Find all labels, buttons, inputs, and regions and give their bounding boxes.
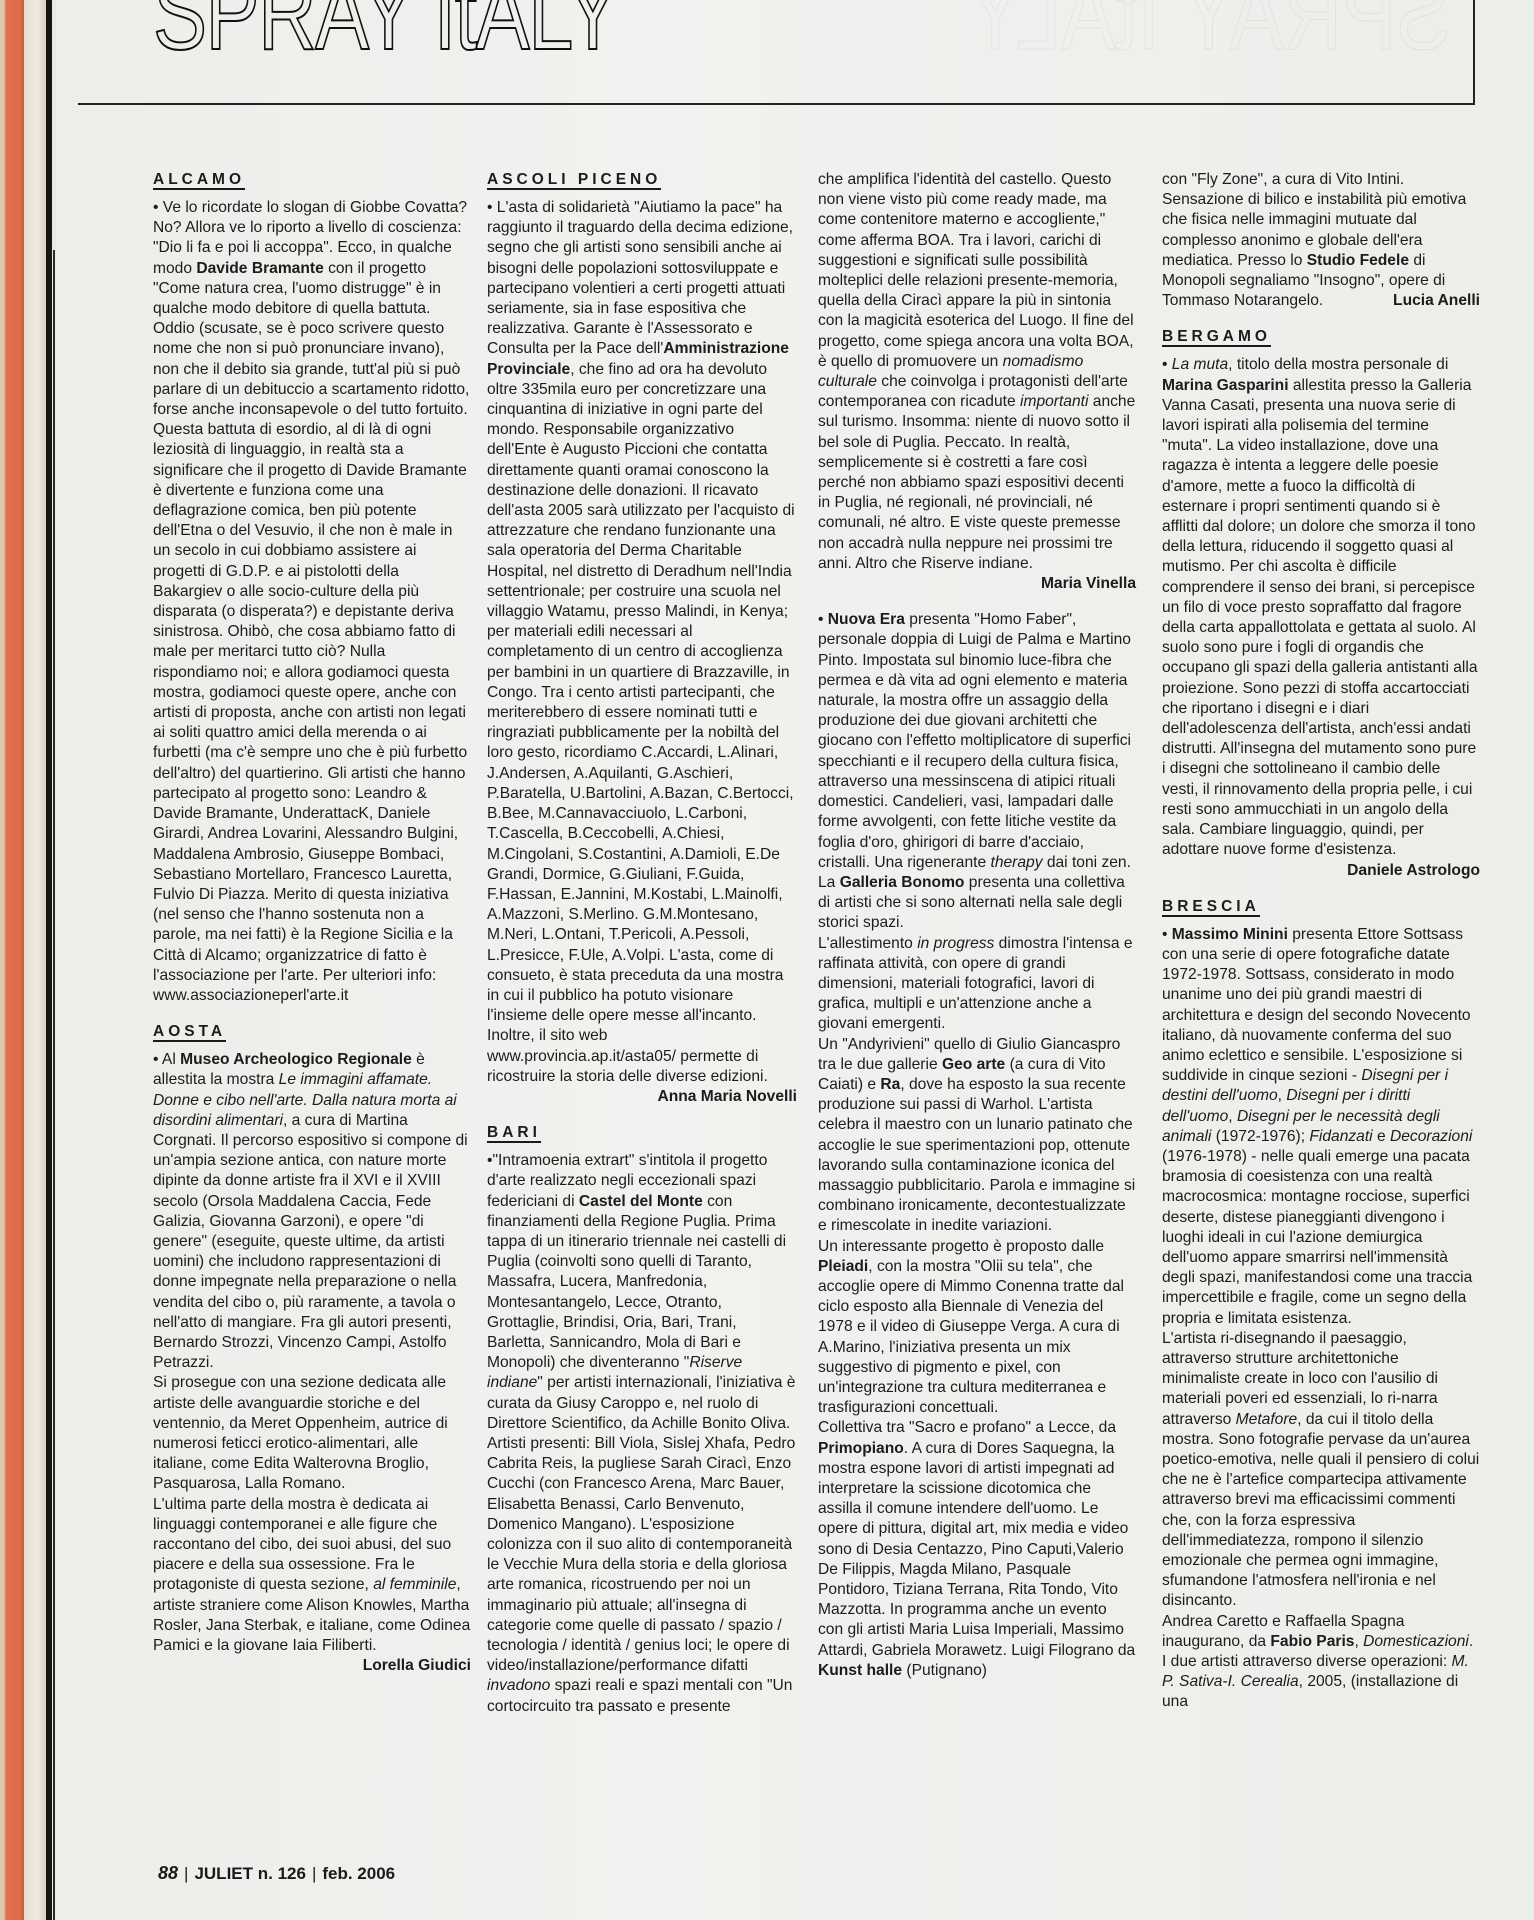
binding-edge <box>0 0 26 1920</box>
paragraph: • La muta, titolo della mostra personale… <box>1162 355 1480 880</box>
bold-text: Marina Gasparini <box>1162 377 1289 394</box>
author-signature: Maria Vinella <box>1041 574 1136 594</box>
text-run: . A cura di Dores Saquegna, la mostra es… <box>818 1440 1135 1659</box>
section-ascoli-piceno: ASCOLI PICENO• L'asta di solidarietà "Ai… <box>487 170 797 1107</box>
italic-text: importanti <box>1020 393 1088 410</box>
italic-text: in progress <box>917 935 994 952</box>
binding-paper-edge <box>24 0 46 1920</box>
text-run: , dove ha esposto la sua recente produzi… <box>818 1076 1135 1234</box>
paragraph: La Galleria Bonomo presenta una colletti… <box>818 873 1136 934</box>
magazine-issue: JULIET n. 126 <box>194 1864 305 1883</box>
city-heading: BARI <box>487 1124 541 1143</box>
bold-text: Massimo Minini <box>1172 926 1288 943</box>
paragraph: che amplifica l'identità del castello. Q… <box>818 170 1136 594</box>
bold-text: Ra <box>880 1076 900 1093</box>
author-signature: Anna Maria Novelli <box>657 1087 797 1107</box>
section-continued: • Nuova Era presenta "Homo Faber", perso… <box>818 610 1136 1681</box>
bold-text: Geo arte <box>942 1056 1005 1073</box>
author-signature: Daniele Astrologo <box>1347 861 1480 881</box>
author-signature: Lucia Anelli <box>1393 291 1480 311</box>
italic-text: Metafore <box>1236 1411 1298 1428</box>
paragraph: • Nuova Era presenta "Homo Faber", perso… <box>818 610 1136 873</box>
text-run: presenta "Homo Faber", personale doppia … <box>818 611 1131 870</box>
italic-text: invadono <box>487 1677 550 1694</box>
text-run: , da cui il titolo della mostra. Sono fo… <box>1162 1411 1479 1610</box>
bold-text: Galleria Bonomo <box>840 874 965 891</box>
italic-text: La muta <box>1172 356 1228 373</box>
city-heading: BERGAMO <box>1162 328 1271 347</box>
bold-text: Nuova Era <box>828 611 905 628</box>
text-run: Si prosegue con una sezione dedicata all… <box>153 1374 448 1492</box>
paragraph: L'allestimento in progress dimostra l'in… <box>818 934 1136 1035</box>
text-run: • <box>1162 926 1172 943</box>
text-run: (1972-1976); <box>1211 1128 1309 1145</box>
text-run: Collettiva tra "Sacro e profano" a Lecce… <box>818 1419 1116 1436</box>
text-run: , titolo della mostra personale di <box>1228 356 1448 373</box>
section-continued: che amplifica l'identità del castello. Q… <box>818 170 1136 594</box>
bold-text: Davide Bramante <box>196 260 323 277</box>
city-heading: BRESCIA <box>1162 898 1260 917</box>
bold-text: Primopiano <box>818 1440 904 1457</box>
italic-text: al femminile <box>373 1576 456 1593</box>
text-run: che amplifica l'identità del castello. Q… <box>818 171 1134 370</box>
bold-text: Kunst halle <box>818 1662 902 1679</box>
bold-text: Castel del Monte <box>579 1193 703 1210</box>
column-3: che amplifica l'identità del castello. Q… <box>818 170 1136 1697</box>
paragraph: • L'asta di solidarietà "Aiutiamo la pac… <box>487 198 797 1107</box>
column-1: ALCAMO• Ve lo ricordate lo slogan di Gio… <box>153 170 471 1692</box>
text-run: La <box>818 874 840 891</box>
text-run: , <box>1354 1633 1363 1650</box>
italic-text: Decorazioni <box>1390 1128 1472 1145</box>
bold-text: Pleiadi <box>818 1258 868 1275</box>
text-run: presenta Ettore Sottsass con una serie d… <box>1162 926 1471 1084</box>
section-alcamo: ALCAMO• Ve lo ricordate lo slogan di Gio… <box>153 170 471 1006</box>
paragraph: L'artista ri-disegnando il paesaggio, at… <box>1162 1329 1480 1612</box>
issue-date: feb. 2006 <box>322 1864 395 1883</box>
paragraph: • Al Museo Archeologico Regionale è alle… <box>153 1050 471 1373</box>
column-4: con "Fly Zone", a cura di Vito Intini. S… <box>1162 170 1480 1729</box>
text-run: , <box>1228 1108 1237 1125</box>
italic-text: Fidanzati <box>1309 1128 1372 1145</box>
binding-line <box>53 250 55 1920</box>
italic-text: Domesticazioni <box>1363 1633 1469 1650</box>
city-heading: ASCOLI PICENO <box>487 171 661 190</box>
text-run: , che fino ad ora ha devoluto oltre 335m… <box>487 361 795 1085</box>
footer-separator: | <box>184 1864 188 1883</box>
text-run: (Putignano) <box>902 1662 987 1679</box>
text-run: , a cura di Martina Corgnati. Il percors… <box>153 1112 468 1371</box>
bold-text: Museo Archeologico Regionale <box>180 1051 412 1068</box>
text-run: dai toni zen. <box>1043 854 1131 871</box>
section-bari: BARI•"Intramoenia extrart" s'intitola il… <box>487 1123 797 1717</box>
column-2: ASCOLI PICENO• L'asta di solidarietà "Ai… <box>487 170 797 1733</box>
italic-text: therapy <box>990 854 1042 871</box>
text-run: (1976-1978) - nelle quali emerge una pac… <box>1162 1148 1472 1327</box>
masthead-title: SPRAY ItALY <box>153 0 618 66</box>
paragraph: Un "Andyrivieni" quello di Giulio Gianca… <box>818 1035 1136 1237</box>
section-continued: con "Fly Zone", a cura di Vito Intini. S… <box>1162 170 1480 311</box>
paragraph: Collettiva tra "Sacro e profano" a Lecce… <box>818 1418 1136 1681</box>
paragraph: • Ve lo ricordate lo slogan di Giobbe Co… <box>153 198 471 1006</box>
paragraph: Si prosegue con una sezione dedicata all… <box>153 1373 471 1494</box>
section-bergamo: BERGAMO• La muta, titolo della mostra pe… <box>1162 327 1480 880</box>
text-run: " per artisti internazionali, l'iniziati… <box>487 1374 795 1674</box>
text-run: • <box>818 611 828 628</box>
text-run: anche sul turismo. Insomma: niente di nu… <box>818 393 1135 572</box>
section-brescia: BRESCIA• Massimo Minini presenta Ettore … <box>1162 897 1480 1713</box>
city-heading: AOSTA <box>153 1023 226 1042</box>
text-run: L'allestimento <box>818 935 917 952</box>
paragraph: Un interessante progetto è proposto dall… <box>818 1237 1136 1419</box>
author-signature: Lorella Giudici <box>363 1656 471 1676</box>
bold-text: Studio Fedele <box>1307 252 1409 269</box>
text-run: Un interessante progetto è proposto dall… <box>818 1238 1104 1255</box>
paragraph: con "Fly Zone", a cura di Vito Intini. S… <box>1162 170 1480 311</box>
text-run: e <box>1373 1128 1390 1145</box>
section-aosta: AOSTA• Al Museo Archeologico Regionale è… <box>153 1022 471 1676</box>
page-number: 88 <box>158 1863 178 1883</box>
page-footer: 88|JULIET n. 126|feb. 2006 <box>158 1863 395 1884</box>
bold-text: Fabio Paris <box>1270 1633 1354 1650</box>
text-run: • L'asta di solidarietà "Aiutiamo la pac… <box>487 199 793 357</box>
footer-separator: | <box>312 1864 316 1883</box>
paragraph: L'ultima parte della mostra è dedicata a… <box>153 1495 471 1677</box>
text-run: allestita presso la Galleria Vanna Casat… <box>1162 377 1478 859</box>
paragraph: Andrea Caretto e Raffaella Spagna inaugu… <box>1162 1612 1480 1713</box>
city-heading: ALCAMO <box>153 171 245 190</box>
text-run: • <box>1162 356 1172 373</box>
paragraph: •"Intramoenia extrart" s'intitola il pro… <box>487 1151 797 1717</box>
masthead-show-through: SPRAY ItALY <box>968 0 1450 66</box>
text-run: con finanziamenti della Regione Puglia. … <box>487 1193 786 1372</box>
binding-dark-edge <box>46 0 52 1920</box>
text-run: , con la mostra "Olii su tela", che acco… <box>818 1258 1124 1416</box>
paragraph: • Massimo Minini presenta Ettore Sottsas… <box>1162 925 1480 1329</box>
text-run: • Al <box>153 1051 180 1068</box>
text-run: con il progetto "Come natura crea, l'uom… <box>153 260 469 1004</box>
